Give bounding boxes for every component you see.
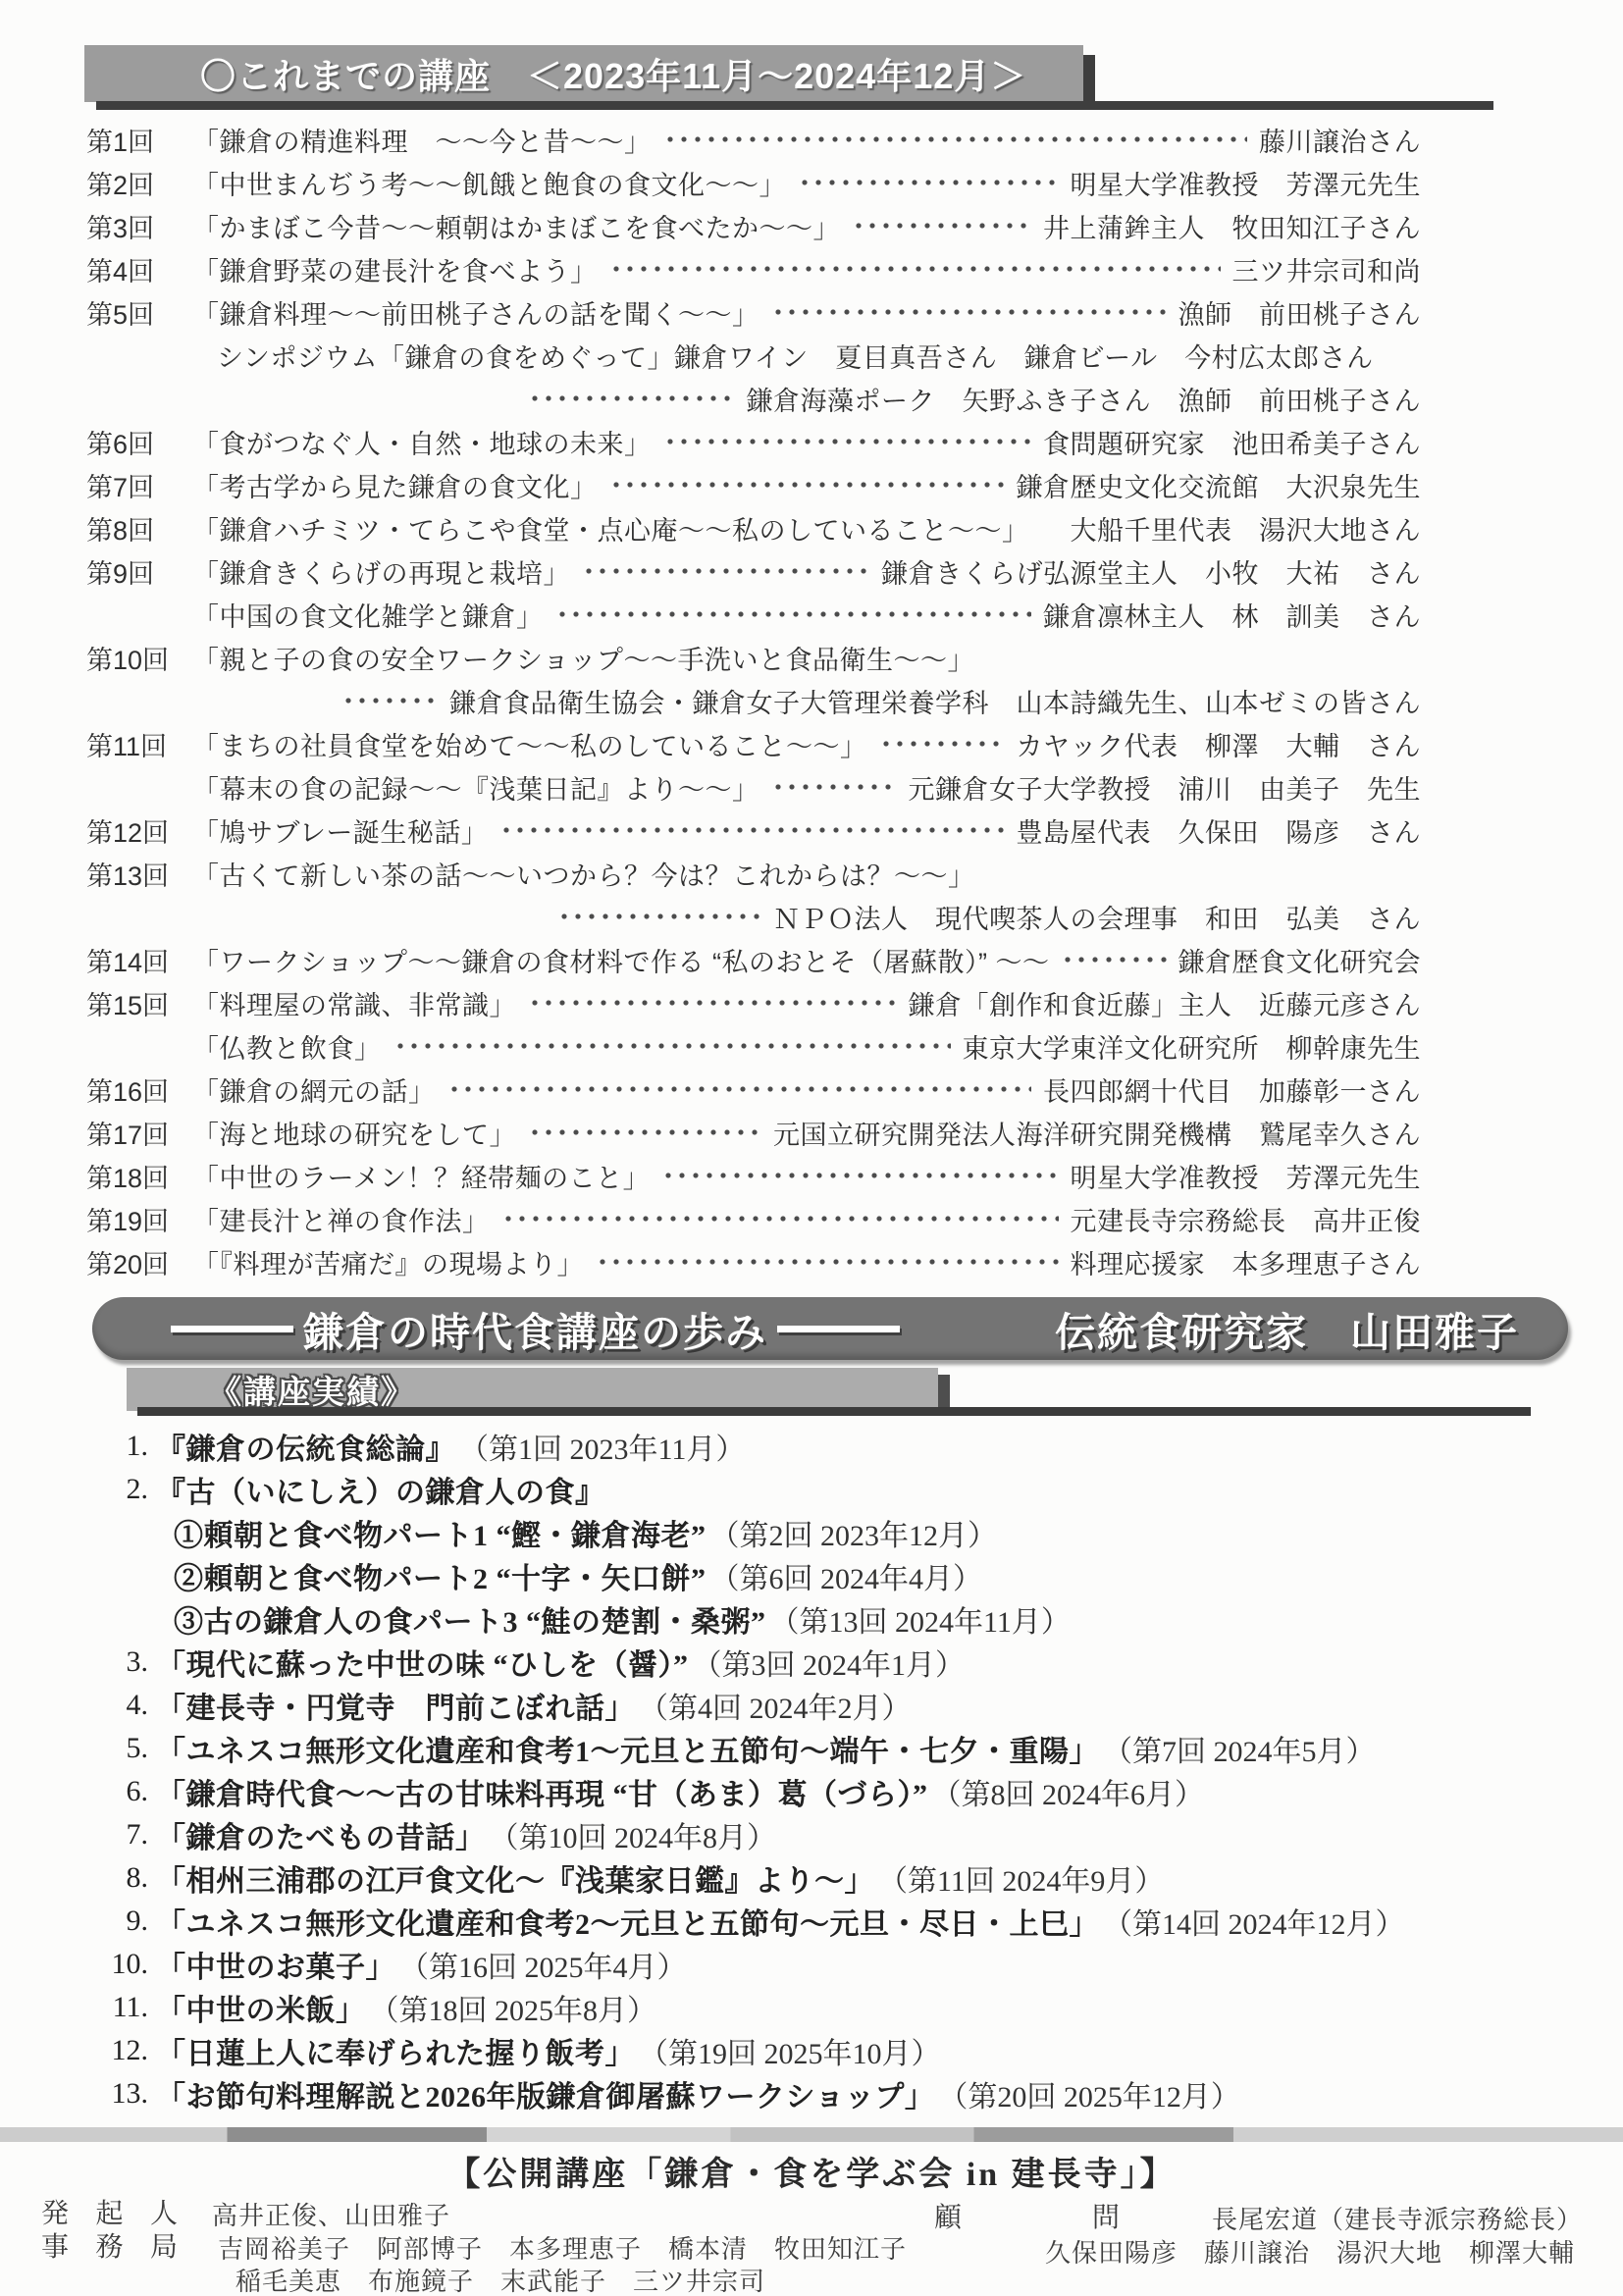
lecture-number: 第10回 bbox=[86, 639, 192, 677]
leader-dots bbox=[1061, 953, 1166, 966]
lecture-list: 第1回 「鎌倉の精進料理 ～～今と昔～～」 藤川譲治さん 第2回 「中世まんぢう… bbox=[86, 118, 1421, 1283]
lecture-title: 「中国の食文化雑学と鎌倉」 bbox=[192, 596, 544, 634]
lecture-row: ＮＰＯ法人 現代喫茶人の会理事 和田 弘美 さん bbox=[86, 895, 1421, 938]
lecture-row: 第1回 「鎌倉の精進料理 ～～今と昔～～」 藤川譲治さん bbox=[86, 118, 1421, 161]
lecture-speaker: 鎌倉凛林主人 林 訓美 さん bbox=[1043, 596, 1421, 634]
achievement-title: 『古（いにしえ）の鎌倉人の食』 bbox=[156, 1468, 605, 1511]
achievement-number: 12. bbox=[93, 2034, 148, 2067]
leader-dots bbox=[798, 176, 1059, 189]
achievement-title: ③古の鎌倉人の食パート3 “鮭の楚割・桑粥” bbox=[174, 1597, 766, 1641]
lecture-speaker: ＮＰＯ法人 現代喫茶人の会理事 和田 弘美 さん bbox=[773, 898, 1421, 936]
achievement-number: 7. bbox=[93, 1818, 148, 1852]
lecture-speaker: 鎌倉食品衛生協会・鎌倉女子大管理栄養学科 山本詩織先生、山本ゼミの皆さん bbox=[449, 682, 1421, 720]
founders-names: 高井正俊、山田雅子 bbox=[212, 2196, 450, 2232]
lecture-speaker: 藤川譲治さん bbox=[1259, 121, 1421, 159]
dash-line-left bbox=[171, 1326, 293, 1332]
history-banner-left: 鎌倉の時代食講座の歩み bbox=[171, 1300, 900, 1358]
advisor-names-line2: 久保田陽彦 藤川譲治 湯沢大地 柳澤大輔 bbox=[1045, 2233, 1575, 2270]
lecture-title: 「親と子の食の安全ワークショップ～～手洗いと食品衛生～～」 bbox=[192, 639, 974, 677]
lecture-number: 第18回 bbox=[86, 1157, 192, 1195]
lecture-number: 第17回 bbox=[86, 1114, 192, 1152]
leader-dots bbox=[609, 478, 1005, 492]
lecture-number: 第4回 bbox=[86, 250, 192, 288]
lecture-title: 「幕末の食の記録～～『浅葉日記』より～～」 bbox=[192, 768, 759, 807]
leader-dots bbox=[557, 910, 761, 923]
achievements-header-box: 《講座実績》 bbox=[127, 1368, 938, 1411]
lecture-row: 第6回 「食がつなぐ人・自然・地球の未来」 食問題研究家 池田希美子さん bbox=[86, 420, 1421, 463]
achievement-title: 「中世のお菓子」 bbox=[156, 1943, 395, 1986]
achievement-row: 7. 「鎌倉のたべもの昔話」 （第10回 2024年8月） bbox=[93, 1813, 1585, 1856]
leader-dots bbox=[501, 1212, 1059, 1226]
achievement-row: 11. 「中世の米飯」 （第18回 2025年8月） bbox=[93, 1986, 1585, 2029]
lecture-title: 「鎌倉野菜の建長汁を食べよう」 bbox=[192, 250, 598, 288]
achievement-number: 4. bbox=[93, 1689, 148, 1722]
achievement-number: 11. bbox=[93, 1991, 148, 2024]
achievement-title: 「ユネスコ無形文化遺産和食考2～元旦と五節句～元旦・尽日・上巳」 bbox=[156, 1900, 1099, 1943]
lecture-row: 「幕末の食の記録～～『浅葉日記』より～～」 元鎌倉女子大学教授 浦川 由美子 先… bbox=[86, 765, 1421, 809]
lecture-row: 第13回 「古くて新しい茶の話～～いつから？今は？これからは？～～」 bbox=[86, 852, 1421, 895]
lecture-title: 「海と地球の研究をして」 bbox=[192, 1114, 516, 1152]
lecture-number: 第13回 bbox=[86, 855, 192, 893]
lecture-speaker: 元国立研究開発法人海洋研究開発機構 鷲尾幸久さん bbox=[773, 1114, 1421, 1152]
lecture-number: 第7回 bbox=[86, 466, 192, 504]
achievement-row: 10. 「中世のお菓子」 （第16回 2025年4月） bbox=[93, 1943, 1585, 1986]
achievement-date: （第11回 2024年9月） bbox=[878, 1856, 1164, 1900]
lecture-speaker: 明星大学准教授 芳澤元先生 bbox=[1071, 164, 1422, 202]
achievement-number: 9. bbox=[93, 1905, 148, 1938]
leader-dots bbox=[663, 132, 1248, 146]
leader-dots bbox=[555, 607, 1032, 621]
dash-line-right bbox=[777, 1326, 900, 1332]
achievement-row: 13. 「お節句料理解説と2026年版鎌倉御屠蘇ワークショップ」 （第20回 2… bbox=[93, 2072, 1585, 2115]
achievement-row: 5. 「ユネスコ無形文化遺産和食考1～元旦と五節句～端午・七夕・重陽」 （第7回… bbox=[93, 1727, 1585, 1770]
lecture-row: 第17回 「海と地球の研究をして」 元国立研究開発法人海洋研究開発機構 鷲尾幸久… bbox=[86, 1111, 1421, 1154]
achievement-row: 12. 「日蓮上人に奉げられた握り飯考」 （第19回 2025年10月） bbox=[93, 2029, 1585, 2072]
history-banner: 鎌倉の時代食講座の歩み 伝統食研究家 山田雅子 bbox=[92, 1297, 1568, 1360]
lecture-number: 第20回 bbox=[86, 1243, 192, 1281]
achievement-date: （第7回 2024年5月） bbox=[1103, 1727, 1376, 1770]
lecture-speaker: 鎌倉歴食文化研究会 bbox=[1178, 941, 1422, 979]
advisor-label: 顧問 bbox=[934, 2196, 1121, 2235]
achievement-date: （第10回 2024年8月） bbox=[490, 1813, 777, 1856]
achievements-list: 1. 『鎌倉の伝統食総論』 （第1回 2023年11月） 2. 『古（いにしえ）… bbox=[93, 1425, 1585, 2115]
achievement-row: 1. 『鎌倉の伝統食総論』 （第1回 2023年11月） bbox=[93, 1425, 1585, 1468]
achievement-row: 9. 「ユネスコ無形文化遺産和食考2～元旦と五節句～元旦・尽日・上巳」 （第14… bbox=[93, 1900, 1585, 1943]
lecture-speaker: 鎌倉海藻ポーク 矢野ふき子さん 漁師 前田桃子さん bbox=[747, 380, 1422, 418]
achievement-date: （第2回 2023年12月） bbox=[710, 1511, 998, 1554]
leader-dots bbox=[528, 996, 897, 1010]
achievement-number: 6. bbox=[93, 1775, 148, 1808]
office-names-line2: 稲毛美恵 布施鏡子 末武能子 三ツ井宗司 bbox=[236, 2262, 765, 2296]
lecture-title: 「建長汁と禅の食作法」 bbox=[192, 1200, 490, 1238]
achievement-row: 6. 「鎌倉時代食～～古の甘味料再現 “甘（あま）葛（づら）” （第8回 202… bbox=[93, 1770, 1585, 1813]
achievement-date: （第18回 2025年8月） bbox=[370, 1986, 657, 2029]
achievement-date: （第1回 2023年11月） bbox=[459, 1425, 745, 1468]
document-page: 〇これまでの講座 ＜2023年11月～2024年12月＞ 第1回 「鎌倉の精進料… bbox=[0, 0, 1623, 2296]
leader-dots bbox=[771, 305, 1167, 319]
achievement-number: 2. bbox=[93, 1473, 148, 1506]
lecture-title: 「『料理が苦痛だ』の現場より」 bbox=[192, 1243, 584, 1281]
lecture-row: 鎌倉海藻ポーク 矢野ふき子さん 漁師 前田桃子さん bbox=[86, 377, 1421, 420]
past-lectures-banner: 〇これまでの講座 ＜2023年11月～2024年12月＞ bbox=[84, 45, 1083, 102]
achievement-row: 4. 「建長寺・円覚寺 門前こぼれ話」 （第4回 2024年2月） bbox=[93, 1684, 1585, 1727]
achievement-number: 5. bbox=[93, 1732, 148, 1765]
lecture-title: 「中世のラーメン！？経帯麺のこと」 bbox=[192, 1157, 650, 1195]
lecture-speaker: 元鎌倉女子大学教授 浦川 由美子 先生 bbox=[909, 768, 1422, 807]
achievement-title: 「現代に蘇った中世の味 “ひしを（醤）” bbox=[156, 1641, 689, 1684]
lecture-row: 第3回 「かまぼこ今昔～～頼朝はかまぼこを食べたか～～」 井上蒲鉾主人 牧田知江… bbox=[86, 204, 1421, 247]
achievement-date: （第6回 2024年4月） bbox=[710, 1554, 983, 1597]
achievement-title: ①頼朝と食べ物パート1 “鰹・鎌倉海老” bbox=[174, 1511, 707, 1554]
achievement-title: 「中世の米飯」 bbox=[156, 1986, 366, 2029]
lecture-title: 「古くて新しい茶の話～～いつから？今は？これからは？～～」 bbox=[192, 855, 975, 893]
lecture-title: 「中世まんぢう考～～飢餓と飽食の食文化～～」 bbox=[192, 164, 786, 202]
leader-dots bbox=[663, 435, 1032, 448]
achievement-title: ②頼朝と食べ物パート2 “十字・矢口餅” bbox=[174, 1554, 707, 1597]
leader-dots bbox=[771, 780, 897, 794]
achievements-underline bbox=[137, 1407, 1531, 1416]
leader-dots bbox=[528, 1125, 761, 1139]
past-lectures-banner-title: 〇これまでの講座 ＜2023年11月～2024年12月＞ bbox=[200, 49, 1026, 99]
achievement-row: 8. 「相州三浦郡の江戸食文化～『浅葉家日鑑』より～」 （第11回 2024年9… bbox=[93, 1856, 1585, 1900]
lecture-speaker: 鎌倉「創作和食近藤」主人 近藤元彦さん bbox=[909, 984, 1422, 1022]
achievement-title: 「鎌倉のたべもの昔話」 bbox=[156, 1813, 486, 1856]
lecture-number: 第9回 bbox=[86, 552, 192, 591]
lecture-row: 第19回 「建長汁と禅の食作法」 元建長寺宗務総長 高井正俊 bbox=[86, 1197, 1421, 1240]
lecture-number: 第15回 bbox=[86, 984, 192, 1022]
lecture-title: 「料理屋の常識、非常識」 bbox=[192, 984, 516, 1022]
achievement-date: （第19回 2025年10月） bbox=[639, 2029, 941, 2072]
lecture-row: 第18回 「中世のラーメン！？経帯麺のこと」 明星大学准教授 芳澤元先生 bbox=[86, 1154, 1421, 1197]
advisor-names-line1: 長尾宏道（建長寺派宗務総長） bbox=[1212, 2200, 1583, 2236]
leader-dots bbox=[499, 823, 1004, 837]
lecture-number: 第12回 bbox=[86, 811, 192, 850]
achievement-number: 8. bbox=[93, 1861, 148, 1895]
achievement-number: 10. bbox=[93, 1948, 148, 1981]
lecture-number: 第14回 bbox=[86, 941, 192, 979]
lecture-speaker: 食問題研究家 池田希美子さん bbox=[1043, 423, 1421, 461]
lecture-speaker: 井上蒲鉾主人 牧田知江子さん bbox=[1043, 207, 1421, 245]
lecture-speaker: 三ツ井宗司和尚 bbox=[1232, 250, 1422, 288]
lecture-row: 第16回 「鎌倉の網元の話」 長四郎網十代目 加藤彰一さん bbox=[86, 1068, 1421, 1111]
achievement-title: 「お節句料理解説と2026年版鎌倉御屠蘇ワークショップ」 bbox=[156, 2072, 934, 2115]
lecture-number: 第5回 bbox=[86, 293, 192, 332]
achievement-number: 1. bbox=[93, 1430, 148, 1463]
lecture-speaker: 明星大学准教授 芳澤元先生 bbox=[1071, 1157, 1422, 1195]
achievement-date: （第14回 2024年12月） bbox=[1103, 1900, 1405, 1943]
lecture-speaker: 漁師 前田桃子さん bbox=[1178, 293, 1422, 332]
lecture-title: 「鎌倉きくらげの再現と栽培」 bbox=[192, 552, 570, 591]
lecture-number: 第2回 bbox=[86, 164, 192, 202]
banner-shadow-line bbox=[96, 101, 1493, 110]
achievement-title: 「鎌倉時代食～～古の甘味料再現 “甘（あま）葛（づら）” bbox=[156, 1770, 928, 1813]
achievements-header-title: 《講座実績》 bbox=[209, 1367, 415, 1413]
leader-dots bbox=[447, 1082, 1032, 1096]
lecture-row: 第4回 「鎌倉野菜の建長汁を食べよう」 三ツ井宗司和尚 bbox=[86, 247, 1421, 290]
leader-dots bbox=[661, 1169, 1058, 1182]
lecture-title: 「鎌倉の網元の話」 bbox=[192, 1070, 436, 1109]
lecture-number: 第19回 bbox=[86, 1200, 192, 1238]
lecture-row: 第2回 「中世まんぢう考～～飢餓と飽食の食文化～～」 明星大学准教授 芳澤元先生 bbox=[86, 161, 1421, 204]
lecture-number: 第1回 bbox=[86, 121, 192, 159]
lecture-row: 「仏教と飲食」 東京大学東洋文化研究所 柳幹康先生 bbox=[86, 1024, 1421, 1068]
history-banner-title: 鎌倉の時代食講座の歩み bbox=[303, 1300, 767, 1358]
achievement-title: 「日蓮上人に奉げられた握り飯考」 bbox=[156, 2029, 635, 2072]
achievement-date: （第16回 2025年4月） bbox=[399, 1943, 687, 1986]
lecture-title: 「鎌倉ハチミツ・てらこや食堂・点心庵～～私のしていること～～」 bbox=[192, 509, 1029, 548]
lecture-title: シンポジウム「鎌倉の食をめぐって」鎌倉ワイン 夏目真吾さん 鎌倉ビール 今村広太… bbox=[217, 337, 1374, 375]
lecture-title: 「鳩サブレー誕生秘話」 bbox=[192, 811, 488, 850]
leader-dots bbox=[596, 1255, 1059, 1269]
lecture-speaker: カヤック代表 柳澤 大輔 さん bbox=[1017, 725, 1422, 763]
lecture-speaker: 豊島屋代表 久保田 陽彦 さん bbox=[1017, 811, 1422, 850]
open-course-title: 【公開講座「鎌倉・食を学ぶ会 in 建長寺」】 bbox=[0, 2147, 1623, 2195]
leader-dots bbox=[582, 564, 869, 578]
achievement-number: 13. bbox=[93, 2077, 148, 2111]
lecture-title: 「考古学から見た鎌倉の食文化」 bbox=[192, 466, 598, 504]
lecture-number: 第16回 bbox=[86, 1070, 192, 1109]
striped-divider bbox=[0, 2127, 1623, 2142]
lecture-number: 第11回 bbox=[86, 725, 192, 763]
achievement-date: （第13回 2024年11月） bbox=[770, 1597, 1071, 1641]
lecture-speaker: 東京大学東洋文化研究所 柳幹康先生 bbox=[963, 1027, 1422, 1066]
lecture-speaker: 大船千里代表 湯沢大地さん bbox=[1071, 509, 1422, 548]
lecture-title: 「食がつなぐ人・自然・地球の未来」 bbox=[192, 423, 652, 461]
lecture-row: 第15回 「料理屋の常識、非常識」 鎌倉「創作和食近藤」主人 近藤元彦さん bbox=[86, 981, 1421, 1024]
achievement-row: ①頼朝と食べ物パート1 “鰹・鎌倉海老” （第2回 2023年12月） bbox=[93, 1511, 1585, 1554]
leader-dots bbox=[609, 262, 1221, 276]
banner-shadow-edge bbox=[1083, 55, 1095, 102]
achievement-row: ③古の鎌倉人の食パート3 “鮭の楚割・桑粥” （第13回 2024年11月） bbox=[93, 1597, 1585, 1641]
lecture-row: 第5回 「鎌倉料理～～前田桃子さんの話を聞く～～」 漁師 前田桃子さん bbox=[86, 290, 1421, 334]
lecture-row: 第8回 「鎌倉ハチミツ・てらこや食堂・点心庵～～私のしていること～～」 大船千里… bbox=[86, 506, 1421, 549]
lecture-row: 第14回 「ワークショップ～～鎌倉の食材料で作る “私のおとそ（屠蘇散）” ～～… bbox=[86, 938, 1421, 981]
lecture-speaker: 鎌倉きくらげ弘源堂主人 小牧 大祐 さん bbox=[881, 552, 1421, 591]
achievement-date: （第3回 2024年1月） bbox=[693, 1641, 966, 1684]
achievement-row: ②頼朝と食べ物パート2 “十字・矢口餅” （第6回 2024年4月） bbox=[93, 1554, 1585, 1597]
lecture-title: 「まちの社員食堂を始めて～～私のしていること～～」 bbox=[192, 725, 867, 763]
lecture-row: シンポジウム「鎌倉の食をめぐって」鎌倉ワイン 夏目真吾さん 鎌倉ビール 今村広太… bbox=[86, 334, 1421, 377]
achievement-title: 「ユネスコ無形文化遺産和食考1～元旦と五節句～端午・七夕・重陽」 bbox=[156, 1727, 1099, 1770]
achievement-row: 2. 『古（いにしえ）の鎌倉人の食』 bbox=[93, 1468, 1585, 1511]
lecture-number: 第3回 bbox=[86, 207, 192, 245]
leader-dots bbox=[852, 219, 1031, 233]
achievement-date: （第20回 2025年12月） bbox=[938, 2072, 1240, 2115]
lecture-row: 第11回 「まちの社員食堂を始めて～～私のしていること～～」 カヤック代表 柳澤… bbox=[86, 722, 1421, 765]
leader-dots bbox=[341, 694, 438, 707]
achievement-title: 「建長寺・円覚寺 門前こぼれ話」 bbox=[156, 1684, 635, 1727]
lecture-number: 第6回 bbox=[86, 423, 192, 461]
leader-dots bbox=[1041, 521, 1059, 535]
lecture-row: 第12回 「鳩サブレー誕生秘話」 豊島屋代表 久保田 陽彦 さん bbox=[86, 809, 1421, 852]
achievement-number: 3. bbox=[93, 1645, 148, 1679]
achievement-date: （第4回 2024年2月） bbox=[639, 1684, 912, 1727]
leader-dots bbox=[879, 737, 1005, 751]
lecture-row: 第10回 「親と子の食の安全ワークショップ～～手洗いと食品衛生～～」 bbox=[86, 636, 1421, 679]
office-label: 事務局 bbox=[41, 2225, 179, 2265]
lecture-title: 「鎌倉の精進料理 ～～今と昔～～」 bbox=[192, 121, 652, 159]
lecture-speaker: 鎌倉歴史文化交流館 大沢泉先生 bbox=[1017, 466, 1422, 504]
leader-dots bbox=[528, 391, 735, 405]
lecture-row: 鎌倉食品衛生協会・鎌倉女子大管理栄養学科 山本詩織先生、山本ゼミの皆さん bbox=[86, 679, 1421, 722]
lecture-number: 第8回 bbox=[86, 509, 192, 548]
leader-dots bbox=[393, 1039, 951, 1053]
achievement-date: （第8回 2024年6月） bbox=[932, 1770, 1205, 1813]
achievement-title: 『鎌倉の伝統食総論』 bbox=[156, 1425, 455, 1468]
lecture-row: 第7回 「考古学から見た鎌倉の食文化」 鎌倉歴史文化交流館 大沢泉先生 bbox=[86, 463, 1421, 506]
lecture-speaker: 元建長寺宗務総長 高井正俊 bbox=[1071, 1200, 1422, 1238]
lecture-speaker: 長四郎網十代目 加藤彰一さん bbox=[1043, 1070, 1421, 1109]
lecture-row: 第9回 「鎌倉きくらげの再現と栽培」 鎌倉きくらげ弘源堂主人 小牧 大祐 さん bbox=[86, 549, 1421, 593]
achievement-title: 「相州三浦郡の江戸食文化～『浅葉家日鑑』より～」 bbox=[156, 1856, 874, 1900]
lecture-title: 「ワークショップ～～鎌倉の食材料で作る “私のおとそ（屠蘇散）” ～～ bbox=[192, 941, 1049, 979]
lecture-row: 「中国の食文化雑学と鎌倉」 鎌倉凛林主人 林 訓美 さん bbox=[86, 593, 1421, 636]
lecture-row: 第20回 「『料理が苦痛だ』の現場より」 料理応援家 本多理恵子さん bbox=[86, 1240, 1421, 1283]
office-names-line1: 吉岡裕美子 阿部博子 本多理恵子 橋本清 牧田知江子 bbox=[218, 2229, 907, 2266]
achievement-row: 3. 「現代に蘇った中世の味 “ひしを（醤）” （第3回 2024年1月） bbox=[93, 1641, 1585, 1684]
lecture-speaker: 料理応援家 本多理恵子さん bbox=[1071, 1243, 1422, 1281]
history-banner-author: 伝統食研究家 山田雅子 bbox=[1055, 1300, 1519, 1358]
lecture-title: 「鎌倉料理～～前田桃子さんの話を聞く～～」 bbox=[192, 293, 759, 332]
lecture-title: 「仏教と飲食」 bbox=[192, 1027, 382, 1066]
lecture-title: 「かまぼこ今昔～～頼朝はかまぼこを食べたか～～」 bbox=[192, 207, 840, 245]
